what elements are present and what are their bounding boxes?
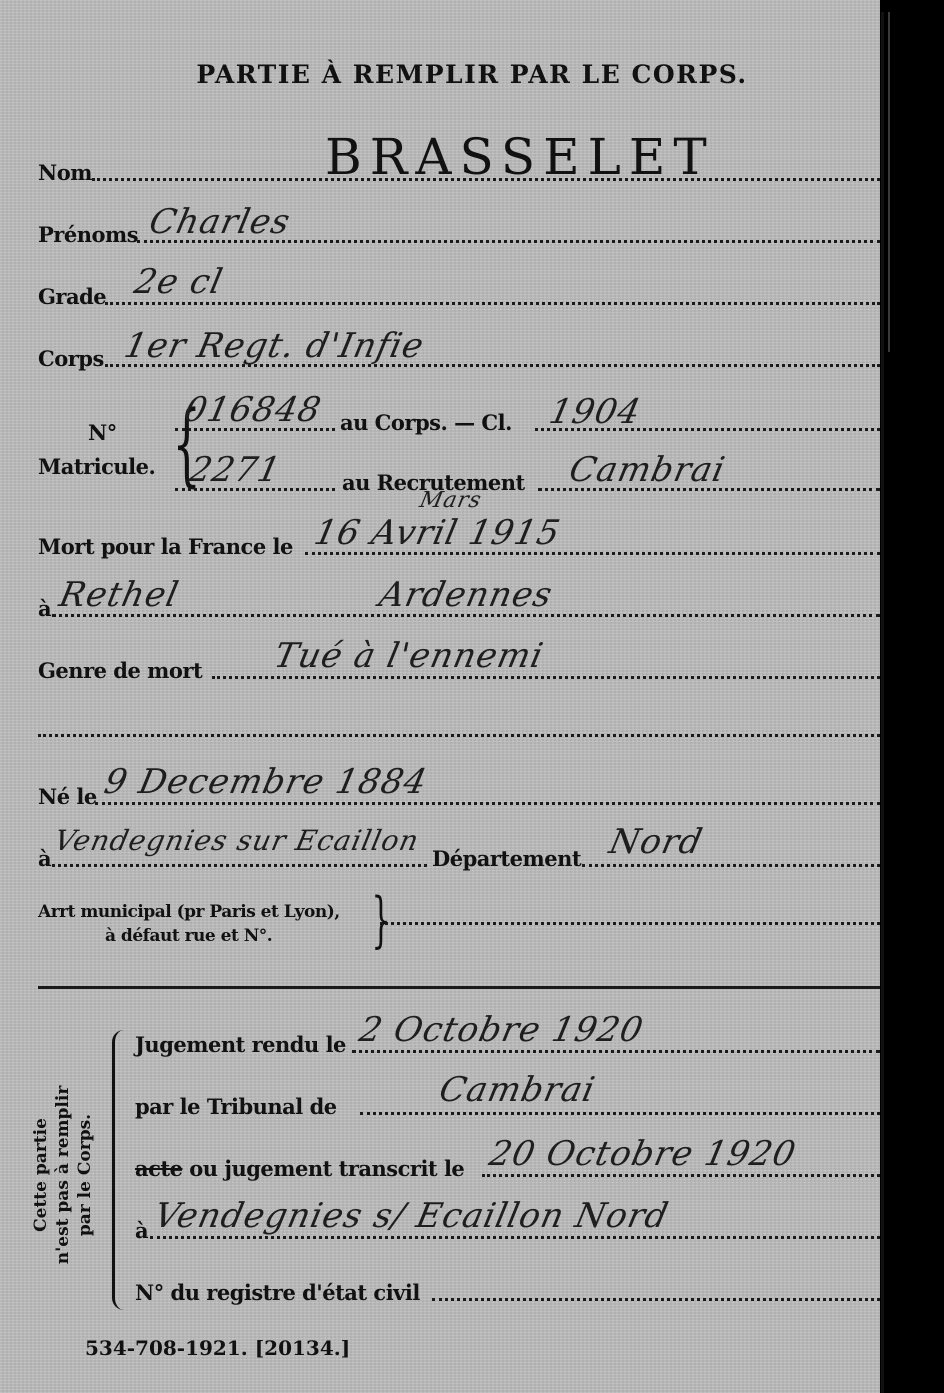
blank-line [38,734,880,737]
mort-a-label: à [38,596,51,621]
recrutement-place-value: Cambrai [566,450,729,490]
transcrit-place-value: Vendegnies s/ Ecaillon Nord [151,1196,673,1236]
genre-label: Genre de mort [38,658,202,683]
transcrit-strike: acte [135,1156,182,1181]
naissance-label: Né le [38,784,97,809]
naissance-place-line [52,864,427,867]
naissance-place-value: Vendegnies sur Ecaillon [51,824,422,857]
arrondissement-brace: } [372,890,391,950]
corps-value: 1er Regt. d'Infie [121,326,428,366]
arrondissement-line [380,922,880,925]
grade-line [105,302,880,305]
classe-value: 1904 [546,392,645,432]
prenoms-label: Prénoms [38,222,138,247]
print-code: 534-708-1921. [20134.] [85,1336,350,1360]
arrondissement-label-1: Arrt municipal (pr Paris et Lyon), [38,902,340,922]
grade-label: Grade [38,284,106,309]
registre-line [432,1298,880,1301]
matricule-label: Matricule. [38,454,155,479]
mort-label: Mort pour la France le [38,534,293,559]
naissance-a-label: à [38,846,51,871]
corps-number-value: 016848 [181,390,325,430]
jugement-rendu-line [352,1050,880,1053]
grade-value: 2e cl [131,262,227,302]
jugement-rendu-value: 2 Octobre 1920 [356,1010,647,1050]
departement-line [582,864,880,867]
matricule-label-no: N° [88,420,117,445]
transcrit-place-line [150,1236,880,1239]
arrondissement-label-2: à défaut rue et N°. [105,926,272,946]
genre-value: Tué à l'ennemi [271,636,547,676]
side-note: Cette partie n'est pas à remplir par le … [30,1065,120,1285]
departement-label: Département [432,846,581,871]
recrutement-number-value: 2271 [186,450,285,490]
mort-date-value: 16 Avril 1915 [311,513,564,553]
section-divider [38,986,880,989]
genre-line [212,676,880,679]
transcrit-label-text: ou jugement transcrit le [182,1156,464,1181]
tribunal-line [360,1112,880,1115]
nom-label: Nom [38,160,92,185]
mort-date-correction: Mars [417,488,484,513]
naissance-date-line [95,802,880,805]
page-edge [881,12,884,1393]
nom-value: BRASSELET [325,128,715,186]
corps-label: Corps [38,346,104,371]
transcrit-a-label: à [135,1218,148,1243]
tribunal-value: Cambrai [436,1070,599,1110]
document-card [0,0,880,1393]
mort-place-value: Rethel [56,575,183,615]
au-corps-label: au Corps. — Cl. [340,410,512,435]
jugement-rendu-label: Jugement rendu le [135,1032,346,1057]
naissance-date-value: 9 Decembre 1884 [101,762,431,802]
departement-value: Nord [606,822,707,862]
form-title: PARTIE À REMPLIR PAR LE CORPS. [0,60,944,89]
side-note-line1: Cette partie [30,1065,52,1285]
transcrit-date-value: 20 Octobre 1920 [486,1134,800,1174]
transcrit-line [482,1174,880,1177]
mort-department-value: Ardennes [376,575,557,615]
transcrit-label: acte ou jugement transcrit le [135,1156,464,1181]
side-note-line2: n'est pas à remplir [52,1065,74,1285]
prenoms-value: Charles [146,202,294,242]
registre-label: N° du registre d'état civil [135,1280,420,1305]
tribunal-label: par le Tribunal de [135,1094,337,1119]
side-note-line3: par le Corps. [74,1065,96,1285]
